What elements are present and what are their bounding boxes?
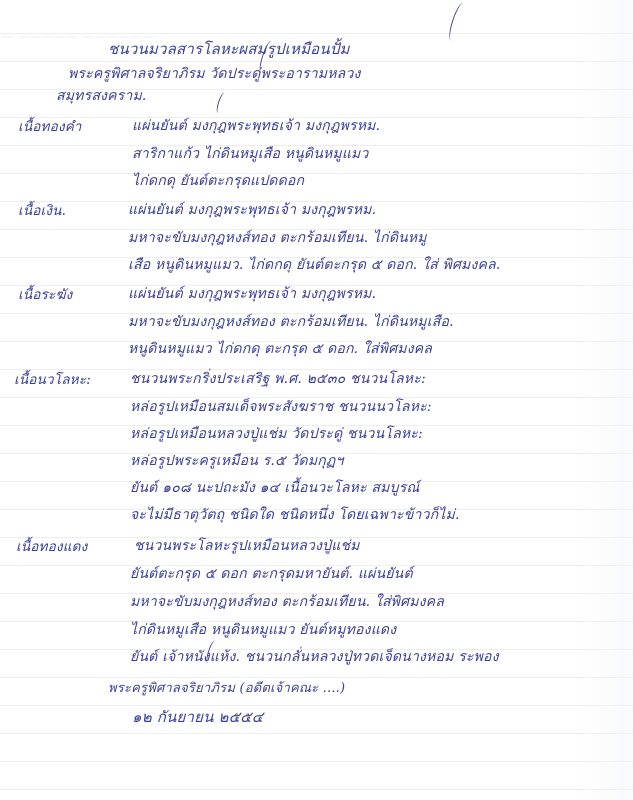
section-line: ยันต์ตะกรุด ๕ ดอก ตะกรุดมหายันต์. แผ่นยั… [130, 563, 413, 585]
section-line: หนูดินหมูแมว ไก่ดกดุ ตะกรุด ๕ ดอก. ใส่พิ… [128, 338, 432, 360]
section-line: หล่อรูปพระครูเหมือน ร.๕ วัดมกุฏฯ [130, 450, 344, 472]
section-line: ชนวนพระกริ่งประเสริฐ พ.ศ. ๒๕๓๐ ชนวนโลหะ: [130, 368, 426, 390]
title-line-3: สมุทรสงคราม. [56, 85, 147, 107]
title-line-1: ชนวนมวลสารโลหะผสมรูปเหมือนปั้ม [108, 37, 350, 61]
section-line: มหาจะขับมงกุฎหงส์ทอง ตะกร้อมเทียน. ไก่ดิ… [128, 311, 454, 333]
section-line: มหาจะขับมงกุฎหงส์ทอง ตะกร้อมเทียน. ไก่ดิ… [128, 227, 427, 249]
scan-margin-shade [573, 0, 633, 800]
section-line: มหาจะขับมงกุฎหงส์ทอง ตะกร้อมเทียน. ใส่พิ… [130, 591, 444, 613]
section-line: จะไม่มีธาตุวัตถุ ชนิดใด ชนิดหนึ่ง โดยเฉพ… [130, 504, 460, 526]
section-line: หล่อรูปเหมือนสมเด็จพระสังฆราช ชนวนนวโลหะ… [130, 396, 432, 418]
section-line: หล่อรูปเหมือนหลวงปู่แช่ม วัดประดู่ ชนวนโ… [130, 423, 423, 445]
section-label-bell-metal: เนื้อระฆัง [18, 283, 72, 305]
section-line: แผ่นยันต์ มงกุฎพระพุทธเจ้า มงกุฎพรหม. [128, 283, 376, 305]
section-line: ยันต์ ๑๐๘ นะปถะมัง ๑๔ เนื้อนวะโลหะ สมบูร… [130, 477, 420, 499]
signature: พระครูพิศาลจริยาภิรม (อดีตเจ้าคณะ ....) [108, 677, 345, 698]
document-date: ๑๒ กันยายน ๒๕๕๔ [132, 705, 263, 729]
section-label-silver: เนื้อเงิน. [18, 199, 66, 221]
section-line: สาริกาแก้ว ไก่ดินหมูเสือ หนูดินหมูแมว [132, 143, 369, 165]
section-label-nava-loha: เนื้อนวโลหะ: [14, 368, 91, 390]
section-label-copper: เนื้อทองแดง [16, 535, 87, 557]
section-line: เสือ หนูดินหมูแมว. ไก่ดกดุ ยันต์ตะกรุด ๕… [128, 254, 501, 276]
title-line-2: พระครูพิศาลจริยาภิรม วัดประดู่พระอารามหล… [68, 63, 361, 85]
section-line: ไก่ดินหมูเสือ หนูดินหมูแมว ยันต์หมูทองแด… [130, 619, 396, 641]
section-line: ยันต์ เจ้าหนังแห้ง. ชนวนกลั่นหลวงปู่ทวดเ… [130, 646, 499, 668]
section-label-gold: เนื้อทองคำ [18, 115, 82, 137]
section-line: แผ่นยันต์ มงกุฎพระพุทธเจ้า มงกุฎพรหม. [128, 199, 376, 221]
section-line: ไก่ดกดุ ยันต์ตะกรุดแปดดอก [132, 170, 304, 192]
section-line: ชนวนพระโลหะรูปเหมือนหลวงปู่แช่ม [134, 535, 360, 557]
section-line: แผ่นยันต์ มงกุฎพระพุทธเจ้า มงกุฎพรหม. [132, 115, 380, 137]
